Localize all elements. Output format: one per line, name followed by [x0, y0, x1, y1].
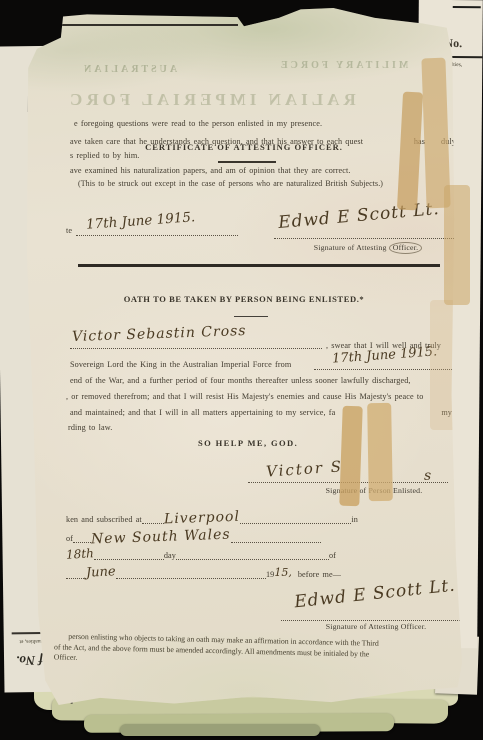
subscription-text: day [164, 551, 176, 560]
certificate-paragraph: e foregoing questions were read to the p… [74, 119, 322, 128]
oath-line: Sovereign Lord the King in the Australia… [70, 360, 291, 369]
ghost-header-military-force: MILITARY FORCE [278, 60, 408, 71]
oath-line-text: and maintained; and that I will in all m… [70, 408, 335, 417]
dotted-leader [94, 551, 164, 560]
oath-line: rding to law. [68, 423, 112, 432]
attesting-officer-signature: Edwd E Scott Lt. [293, 576, 456, 613]
caption-circled-word: Officer. [389, 242, 423, 254]
tape-stain [397, 92, 423, 211]
subscription-line: 18th day of [66, 546, 336, 560]
signature-caption: Signature of Attesting Officer. [286, 622, 466, 631]
certificate-paragraph: ave taken care that he understands each … [70, 137, 456, 146]
title-rule [218, 161, 276, 163]
oath-line: end of the War, and a further period of … [70, 376, 411, 385]
subscription-line: of New South Wales [66, 527, 321, 543]
dotted-leader [231, 534, 321, 543]
handwritten-day: 18th [66, 546, 95, 561]
handwritten-place: Liverpool [164, 509, 240, 528]
ghost-header-imperial-force: RALIAN IMPERIAL FORC [66, 90, 356, 110]
dotted-leader [73, 534, 91, 543]
subscription-line: June 19 15, before me— [66, 564, 341, 579]
oath-line: and maintained; and that I will in all m… [70, 408, 452, 417]
signature-caption: Signature of Attesting Officer. [276, 243, 460, 252]
tape-stain [444, 185, 470, 305]
oath-title-dash [234, 316, 268, 317]
ghost-header-australian: AUSTRALIAN [81, 64, 177, 75]
dotted-leader [70, 340, 322, 349]
subscription-text: of [329, 551, 336, 560]
year-printed: 19 [266, 570, 274, 579]
scanned-document-scene: No. Casualties, tions, Casualties, et of… [0, 0, 483, 740]
oath-title: OATH TO BE TAKEN BY PERSON BEING ENLISTE… [26, 294, 462, 304]
dotted-leader [240, 515, 352, 524]
caption-text: Signature of Attesting [314, 243, 387, 252]
subscription-text: in [351, 515, 358, 524]
oath-line: , or removed therefrom; and that I will … [66, 392, 423, 401]
dotted-leader [281, 612, 466, 621]
corner-line-horizontal [26, 24, 238, 26]
subscription-line: ken and subscribed at Liverpool in [66, 508, 358, 524]
dotted-leader [142, 515, 164, 524]
footnote-block: person enlisting who objects to taking a… [54, 631, 459, 672]
subscription-text: of [66, 534, 73, 543]
handwritten-month: June [86, 564, 116, 581]
certificate-paragraph: ave examined his naturalization papers, … [70, 166, 351, 175]
paper-stack-edge [120, 724, 320, 736]
tape-stain [367, 403, 393, 501]
dotted-leader [116, 570, 266, 579]
subscription-text: before me— [298, 570, 341, 579]
dotted-leader [176, 551, 329, 560]
handwritten-year: 15, [274, 566, 292, 579]
paragraph-text: ave taken care that he understands each … [70, 137, 363, 146]
dotted-leader [66, 570, 86, 579]
subscription-text: ken and subscribed at [66, 515, 142, 524]
certificate-paragraph: s replied to by him. [70, 151, 139, 160]
tape-stain [339, 406, 362, 507]
certificate-strike-note: (This to be struck out except in the cas… [78, 179, 383, 188]
attestation-form-page: AUSTRALIAN MILITARY FORCE RALIAN IMPERIA… [26, 8, 462, 712]
top-edge-mark [453, 6, 481, 8]
so-help-me-god: SO HELP ME, GOD. [198, 438, 298, 448]
date-prefix: te [66, 226, 72, 235]
dotted-leader [274, 230, 456, 239]
handwritten-state: New South Wales [91, 527, 231, 548]
section-divider-rule [78, 264, 440, 267]
